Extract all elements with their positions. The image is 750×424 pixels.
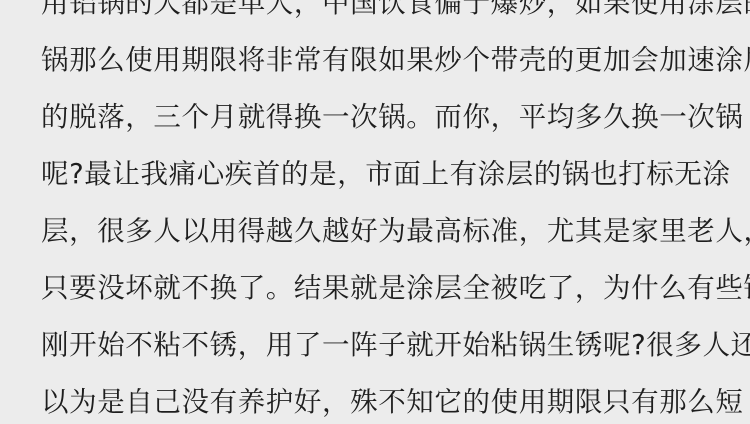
article-page: 用铝锅的大都是单人，中国饮食偏于爆炒，如果使用涂层的 锅那么使用期限将非常有限如…: [0, 0, 750, 424]
article-body: 用铝锅的大都是单人，中国饮食偏于爆炒，如果使用涂层的 锅那么使用期限将非常有限如…: [41, 0, 741, 424]
article-line-6: 只要没坏就不换了。结果就是涂层全被吃了，为什么有些锅: [41, 260, 741, 317]
article-line-5: 层，很多人以用得越久越好为最高标准，尤其是家里老人，: [41, 203, 741, 260]
article-line-2: 锅那么使用期限将非常有限如果炒个带壳的更加会加速涂层: [41, 32, 741, 89]
article-line-8: 以为是自己没有养护好，殊不知它的使用期限只有那么短: [41, 374, 741, 424]
article-line-3: 的脱落，三个月就得换一次锅。而你，平均多久换一次锅: [41, 89, 741, 146]
article-line-4: 呢?最让我痛心疾首的是，市面上有涂层的锅也打标无涂: [41, 146, 741, 203]
article-line-7: 刚开始不粘不锈，用了一阵子就开始粘锅生锈呢?很多人还: [41, 317, 741, 374]
article-line-1: 用铝锅的大都是单人，中国饮食偏于爆炒，如果使用涂层的: [41, 0, 741, 32]
